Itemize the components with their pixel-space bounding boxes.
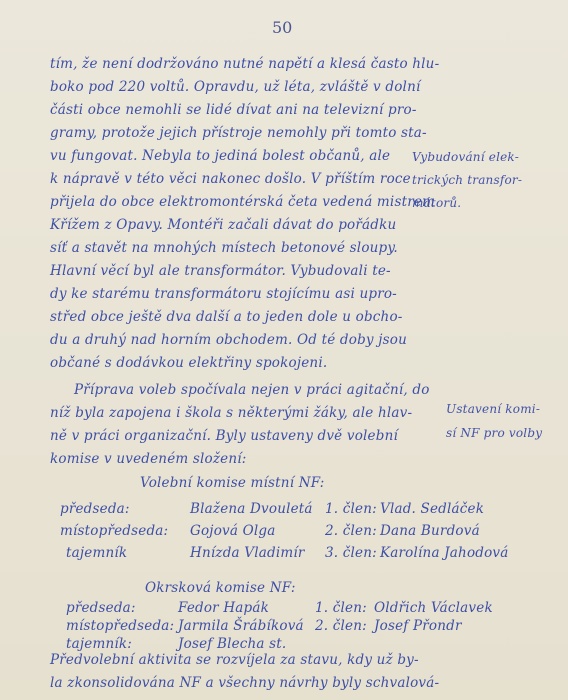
officer-name: Gojová Olga [190,523,275,539]
officer-name: Jarmila Šrábíková [178,618,304,634]
body-line: přijela do obce elektromontérská četa ve… [50,194,435,210]
margin-note-line: sí NF pro volby [446,426,542,440]
member-name: Josef Přondr [374,618,462,634]
body-line: síť a stavět na mnohých místech betonové… [50,240,398,256]
committee-title: Okrsková komise NF: [145,580,296,596]
body-line: vu fungovat. Nebyla to jediná bolest obč… [50,148,390,164]
officer-role: místopředseda: [60,523,168,539]
body-line: dy ke starému transformátoru stojícímu a… [50,286,397,302]
closing-line: la zkonsolidována NF a všechny návrhy by… [50,675,439,691]
margin-note-line: Ustavení komi- [446,402,540,416]
body-line: Příprava voleb spočívala nejen v práci a… [74,382,430,398]
officer-name: Hnízda Vladimír [190,545,305,561]
officer-name: Blažena Dvouletá [190,501,313,517]
member-role: 2. člen: [325,523,377,539]
body-line: du a druhý nad horním obchodem. Od té do… [50,332,407,348]
member-role: 2. člen: [315,618,367,634]
officer-role: předseda: [66,600,136,616]
body-line: Křížem z Opavy. Montéři začali dávat do … [50,217,396,233]
body-line: střed obce ještě dva další a to jeden do… [50,309,403,325]
closing-line: Předvolební aktivita se rozvíjela za sta… [50,652,419,668]
body-line: tím, že není dodržováno nutné napětí a k… [50,56,439,72]
member-role: 1. člen: [315,600,367,616]
body-line: k nápravě v této věci nakonec došlo. V p… [50,171,411,187]
member-name: Oldřich Václavek [374,600,493,616]
handwritten-page: 50 tím, že není dodržováno nutné napětí … [0,0,568,700]
margin-note-line: trických transfor- [412,173,522,187]
body-line: komise v uvedeném složení: [50,451,247,467]
member-name: Vlad. Sedláček [380,501,484,517]
officer-role: tajemník: [66,636,132,652]
officer-name: Josef Blecha st. [178,636,286,652]
margin-note-line: mátorů. [412,196,461,210]
body-line: ně v práci organizační. Byly ustaveny dv… [50,428,398,444]
officer-role: místopředseda: [66,618,174,634]
member-name: Dana Burdová [380,523,480,539]
body-line: níž byla zapojena i škola s některými žá… [50,405,412,421]
member-role: 3. člen: [325,545,377,561]
body-line: Hlavní věcí byl ale transformátor. Vybud… [50,263,391,279]
member-name: Karolína Jahodová [380,545,509,561]
member-role: 1. člen: [325,501,377,517]
body-line: občané s dodávkou elektřiny spokojeni. [50,355,327,371]
officer-role: tajemník [66,545,127,561]
committee-title: Volební komise místní NF: [140,475,325,491]
officer-role: předseda: [60,501,130,517]
officer-name: Fedor Hapák [178,600,269,616]
margin-note-line: Vybudování elek- [412,150,519,164]
body-line: části obce nemohli se lidé dívat ani na … [50,102,417,118]
body-line: boko pod 220 voltů. Opravdu, už léta, zv… [50,79,420,95]
body-line: gramy, protože jejich přístroje nemohly … [50,125,427,141]
page-number: 50 [272,18,292,37]
